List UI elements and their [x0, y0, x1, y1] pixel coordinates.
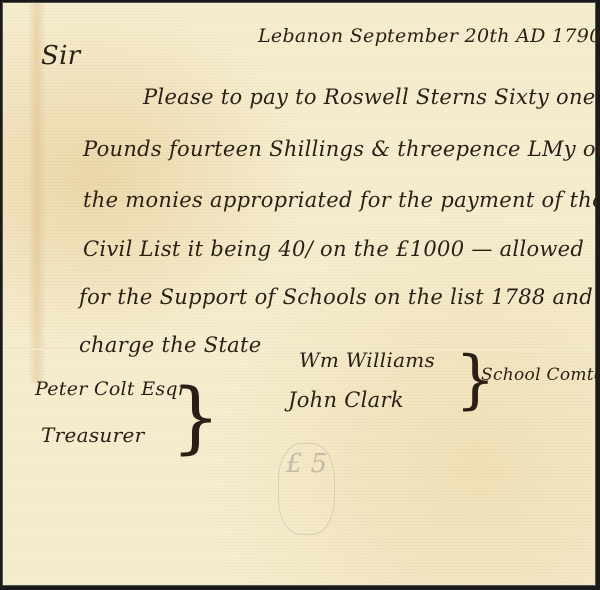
place-date: Lebanon September 20th AD 1790 [258, 25, 600, 47]
addressee-brace: } [171, 373, 221, 463]
signature-clark: John Clark [288, 388, 404, 412]
body-line-2: Pounds fourteen Shillings & threepence L… [83, 137, 600, 161]
body-line-4: Civil List it being 40/ on the £1000 — a… [83, 237, 584, 261]
signature-williams: Wm Williams [299, 348, 435, 372]
signature-role: School Comtee [481, 365, 600, 385]
body-line-5: for the Support of Schools on the list 1… [79, 285, 593, 309]
pencil-notation: £ 5 [278, 443, 335, 535]
document-page: Lebanon September 20th AD 1790 Sir Pleas… [2, 2, 596, 586]
body-line-3: the monies appropriated for the payment … [83, 188, 600, 212]
addressee-title: Treasurer [41, 423, 144, 447]
body-line-6: charge the State [79, 333, 261, 357]
body-line-1: Please to pay to Roswell Sterns Sixty on… [143, 85, 596, 109]
salutation: Sir [41, 41, 80, 71]
addressee-name: Peter Colt Esqr [35, 378, 187, 400]
